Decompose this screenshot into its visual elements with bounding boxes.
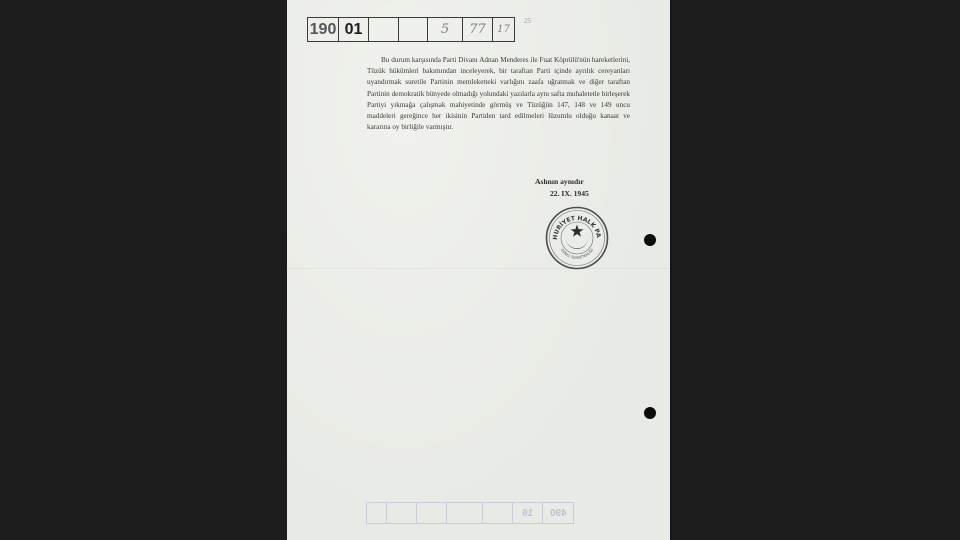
ghost-cell-3 [417, 503, 447, 523]
document-page: 190 01 5 77 17 25 Bu durum karşısında Pa… [287, 0, 672, 540]
certification-block: Aslının aynıdır 22. IX. 1945 [535, 176, 589, 200]
ghost-cell-7: 490 [543, 503, 573, 523]
body-paragraph: Bu durum karşısında Parti Divanı Adnan M… [367, 55, 630, 133]
punch-hole-bottom [644, 407, 656, 419]
ref-cell-2: 01 [339, 18, 369, 41]
certification-date: 22. IX. 1945 [535, 188, 589, 200]
bleed-through-reference-box: 16 490 [366, 502, 574, 524]
ghost-cell-1 [367, 503, 387, 523]
ghost-cell-7-text: 490 [550, 508, 567, 519]
punch-hole-top [644, 234, 656, 246]
ref-cell-6: 77 [463, 18, 493, 41]
ref-cell-1: 190 [308, 18, 339, 41]
ref-cell-5: 5 [428, 18, 463, 41]
fold-line [287, 268, 670, 269]
ghost-cell-2 [387, 503, 417, 523]
ref-cell-4 [399, 18, 428, 41]
certification-label: Aslının aynıdır [535, 177, 584, 186]
archive-reference-box: 190 01 5 77 17 [307, 17, 515, 42]
ghost-cell-6-text: 16 [522, 508, 533, 519]
ref-cell-3 [369, 18, 399, 41]
ref-cell-7: 17 [493, 18, 514, 41]
party-seal-stamp: CUMHURİYET HALK PARTİSİ GENEL SEKRETERLİ… [545, 206, 609, 270]
ghost-cell-5 [483, 503, 513, 523]
star-and-crescent-icon [566, 225, 588, 250]
ghost-cell-4 [447, 503, 483, 523]
pencil-note: 25 [524, 17, 531, 25]
ghost-cell-6: 16 [513, 503, 543, 523]
